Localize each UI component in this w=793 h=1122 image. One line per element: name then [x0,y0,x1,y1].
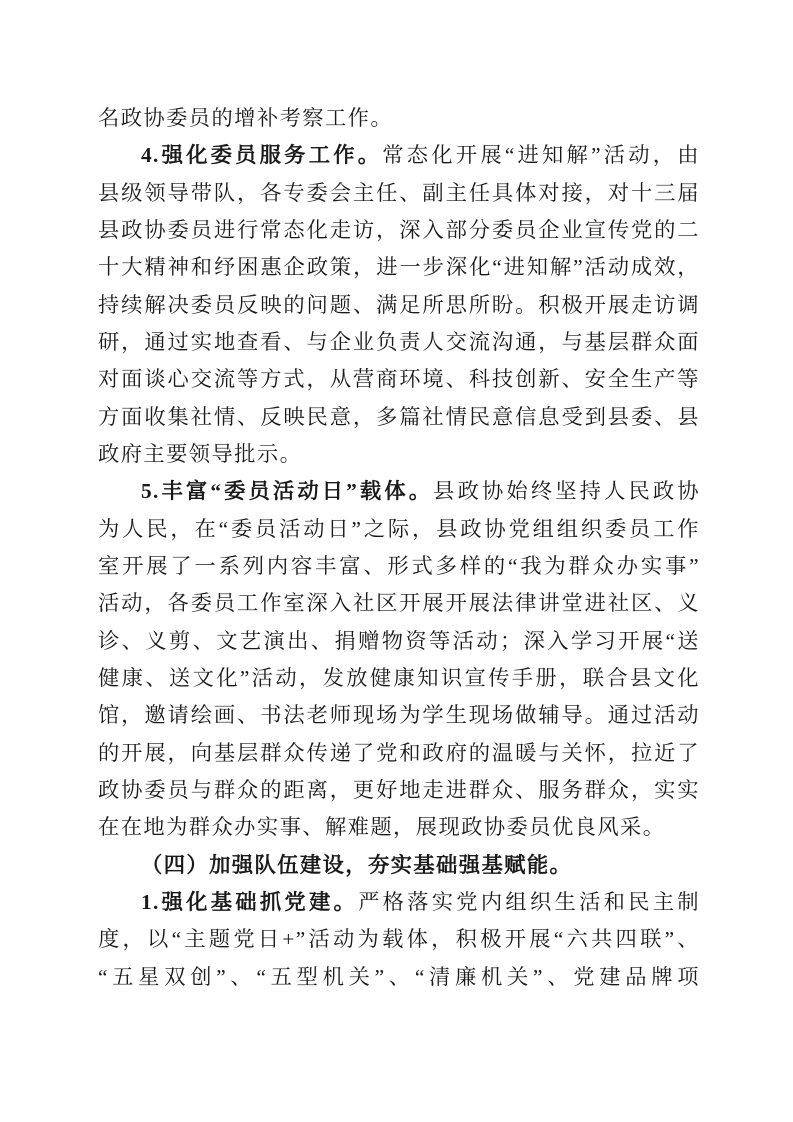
text-line: 室开展了一系列内容丰富、形式多样的“我为群众办实事” [98,548,700,585]
body-run: 在在地为群众办实事、解难题，展现政协委员优良风采。 [98,815,665,839]
body-run: 持续解决委员反映的问题、满足所思所盼。积极开展走访调 [98,293,700,317]
page-text-content: 名政协委员的增补考察工作。4.强化委员服务工作。常态化开展“进知解”活动，由县级… [98,100,700,996]
text-line: 十大精神和纾困惠企政策，进一步深化“进知解”活动成效， [98,249,700,286]
text-line: “五星双创”、“五型机关”、“清廉机关”、党建品牌项 [98,959,700,996]
text-line: 政府主要领导批示。 [98,436,700,473]
text-line: 研，通过实地查看、与企业负责人交流沟通，与基层群众面 [98,324,700,361]
text-line: 4.强化委员服务工作。常态化开展“进知解”活动，由 [98,137,700,174]
body-run: 常态化开展“进知解”活动，由 [382,143,700,167]
body-run: 严格落实党内组织生活和民主制 [358,890,700,914]
body-run: 馆，邀请绘画、书法老师现场为学生现场做辅导。通过活动 [98,703,700,727]
heading-run: 4.强化委员服务工作。 [141,143,382,167]
heading-run: 5.丰富“委员活动日”载体。 [141,479,433,503]
body-run: 县政协始终坚持人民政协 [433,479,700,503]
body-run: 室开展了一系列内容丰富、形式多样的“我为群众办实事” [98,554,700,578]
body-run: “五星双创”、“五型机关”、“清廉机关”、党建品牌项 [98,965,700,989]
heading-run: （四）加强队伍建设，夯实基础强基赋能。 [141,853,572,877]
text-line: 方面收集社情、反映民意，多篇社情民意信息受到县委、县 [98,399,700,436]
text-line: 1.强化基础抓党建。严格落实党内组织生活和民主制 [98,884,700,921]
text-line: 馆，邀请绘画、书法老师现场为学生现场做辅导。通过活动 [98,697,700,734]
text-line: 持续解决委员反映的问题、满足所思所盼。积极开展走访调 [98,287,700,324]
text-line: 为人民，在“委员活动日”之际，县政协党组组织委员工作 [98,511,700,548]
text-line: 县政协委员进行常态化走访，深入部分委员企业宣传党的二 [98,212,700,249]
body-run: 县级领导带队，各专委会主任、副主任具体对接，对十三届 [98,181,700,205]
body-run: 研，通过实地查看、与企业负责人交流沟通，与基层群众面 [98,330,700,354]
body-run: 县政协委员进行常态化走访，深入部分委员企业宣传党的二 [98,218,700,242]
text-line: 的开展，向基层群众传递了党和政府的温暖与关怀，拉近了 [98,735,700,772]
body-run: 为人民，在“委员活动日”之际，县政协党组组织委员工作 [98,517,700,541]
body-run: 名政协委员的增补考察工作。 [98,106,393,130]
body-run: 活动，各委员工作室深入社区开展开展法律讲堂进社区、义 [98,591,700,615]
text-line: 在在地为群众办实事、解难题，展现政协委员优良风采。 [98,809,700,846]
text-line: 5.丰富“委员活动日”载体。县政协始终坚持人民政协 [98,473,700,510]
text-line: 政协委员与群众的距离，更好地走进群众、服务群众，实实 [98,772,700,809]
text-line: 度，以“主题党日+”活动为载体，积极开展“六共四联”、 [98,921,700,958]
text-line: 县级领导带队，各专委会主任、副主任具体对接，对十三届 [98,175,700,212]
body-run: 政协委员与群众的距离，更好地走进群众、服务群众，实实 [98,778,700,802]
body-run: 的开展，向基层群众传递了党和政府的温暖与关怀，拉近了 [98,741,700,765]
text-line: 对面谈心交流等方式，从营商环境、科技创新、安全生产等 [98,361,700,398]
body-run: 对面谈心交流等方式，从营商环境、科技创新、安全生产等 [98,367,700,391]
text-line: 健康、送文化”活动，发放健康知识宣传手册，联合县文化 [98,660,700,697]
text-line: 诊、义剪、文艺演出、捐赠物资等活动；深入学习开展“送 [98,623,700,660]
body-run: 度，以“主题党日+”活动为载体，积极开展“六共四联”、 [98,927,700,951]
text-line: （四）加强队伍建设，夯实基础强基赋能。 [98,847,700,884]
document-page: 名政协委员的增补考察工作。4.强化委员服务工作。常态化开展“进知解”活动，由县级… [0,0,793,1122]
text-line: 活动，各委员工作室深入社区开展开展法律讲堂进社区、义 [98,585,700,622]
heading-run: 1.强化基础抓党建。 [141,890,358,914]
body-run: 方面收集社情、反映民意，多篇社情民意信息受到县委、县 [98,405,700,429]
text-line: 名政协委员的增补考察工作。 [98,100,700,137]
body-run: 诊、义剪、文艺演出、捐赠物资等活动；深入学习开展“送 [98,629,700,653]
body-run: 十大精神和纾困惠企政策，进一步深化“进知解”活动成效， [98,255,700,279]
body-run: 政府主要领导批示。 [98,442,302,466]
body-run: 健康、送文化”活动，发放健康知识宣传手册，联合县文化 [98,666,700,690]
